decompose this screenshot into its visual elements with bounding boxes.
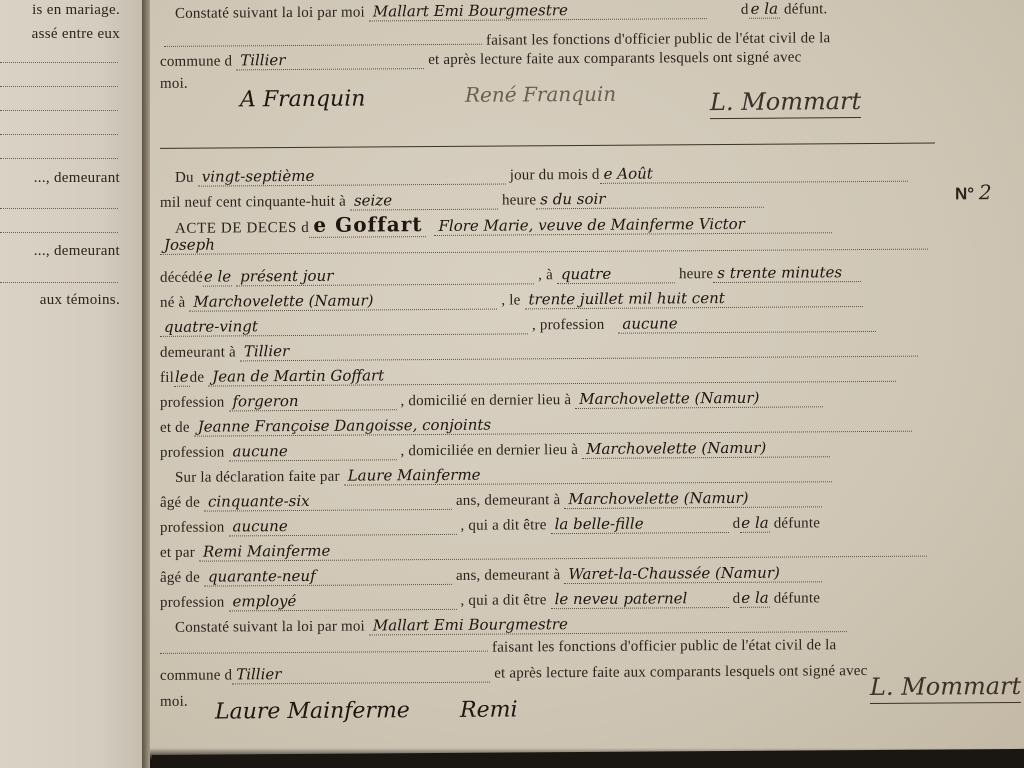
- res2-value: Waret-la-Chaussée (Namur): [564, 563, 822, 584]
- commune-value: Tillier: [232, 664, 490, 685]
- decede-suffix: e le: [203, 267, 232, 286]
- prof2-label: profession: [160, 594, 225, 611]
- mother-prof-label: profession: [160, 444, 225, 461]
- top-constate-row: Constaté suivant la loi par moi Mallart …: [175, 0, 828, 23]
- commune-label: commune d: [160, 53, 232, 71]
- record-number: N° 2: [955, 180, 992, 204]
- prof1-value: aucune: [229, 516, 457, 537]
- decede-value: présent jour: [236, 265, 534, 286]
- prof1-label: profession: [160, 519, 225, 536]
- moi-label: moi.: [160, 76, 188, 93]
- apres-label: et après lecture faite aux comparants le…: [494, 663, 867, 683]
- month-value: e Août: [600, 163, 908, 184]
- declarant2-value: Remi Mainferme: [199, 538, 927, 562]
- ne-value: Marchovelette (Namur): [189, 291, 497, 312]
- right-page: Constaté suivant la loi par moi Mallart …: [150, 0, 1024, 755]
- dotted-line: [0, 134, 118, 135]
- defunt-prefix: d: [741, 2, 749, 19]
- qui2-label: , qui a dit être: [461, 592, 547, 610]
- constate-label: Constaté suivant la loi par moi: [175, 4, 365, 22]
- signature: A Franquin: [240, 86, 365, 112]
- age1-label: âgé de: [160, 495, 200, 512]
- hour-value: seize: [350, 191, 498, 211]
- left-page-line: aux témoins.: [0, 292, 120, 309]
- father-value: Jean de Martin Goffart: [208, 363, 896, 387]
- rel1-value: la belle-fille: [551, 514, 729, 534]
- signature: Remi: [460, 697, 517, 722]
- qui1-label: , qui a dit être: [461, 517, 547, 535]
- mother-prof-value: aucune: [229, 441, 397, 461]
- fils-suffix: le: [174, 368, 190, 387]
- etde-label: et de: [160, 420, 190, 437]
- mother-prof-row: profession aucune , domiciliée en dernie…: [160, 438, 834, 462]
- dotted-line: [0, 208, 118, 209]
- a-value: quatre: [557, 264, 675, 284]
- dotted-line: [0, 158, 118, 159]
- signature: René Franquin: [465, 82, 616, 107]
- prof1-row: profession aucune , qui a dit être la be…: [160, 513, 820, 537]
- prof2-row: profession employé , qui a dit être le n…: [160, 588, 820, 612]
- moi-label: moi.: [160, 694, 188, 711]
- profession-label: , profession: [532, 317, 604, 335]
- apres-label: et après lecture faite aux comparants le…: [428, 49, 801, 69]
- constate-label: Constaté suivant la loi par moi: [175, 618, 365, 636]
- defunt1-label: défunte: [774, 515, 820, 532]
- fils-label: fil: [160, 370, 174, 387]
- rel2-value: le neveu paternel: [551, 589, 729, 609]
- deceased-line2-row: Joseph: [160, 231, 932, 255]
- heures-label: heure: [679, 266, 713, 283]
- mother-dom-value: Marchovelette (Namur): [582, 438, 830, 459]
- signature: L. Mommart: [710, 87, 861, 119]
- defunt2-label: défunte: [774, 590, 820, 607]
- father-prof-label: profession: [160, 394, 225, 411]
- profession-value: aucune: [618, 313, 876, 334]
- res1-value: Marchovelette (Namur): [564, 488, 822, 509]
- dotted-line: [0, 282, 118, 283]
- ne-row: né à Marchovelette (Namur) , le trente j…: [160, 288, 867, 312]
- le-value: trente juillet mil huit cent: [525, 288, 863, 309]
- commune-label: commune d: [160, 667, 232, 685]
- rel2-de: d: [733, 591, 741, 608]
- mother-row: et de Jeanne Françoise Dangoisse, conjoi…: [160, 413, 916, 437]
- fils-de-label: de: [190, 370, 205, 387]
- left-page-line: ..., demeurant: [0, 243, 120, 260]
- blank-line: [164, 44, 482, 47]
- etpar-label: et par: [160, 545, 195, 562]
- signature: L. Mommart: [870, 672, 1021, 704]
- top-commune-row: commune d Tillier et après lecture faite…: [160, 47, 802, 70]
- commune-row: commune d Tillier et après lecture faite…: [160, 661, 868, 685]
- demeurant-label: demeurant à: [160, 344, 236, 362]
- heures-value: s trente minutes: [713, 263, 861, 283]
- commune-value: Tillier: [236, 50, 424, 70]
- a-label: , à: [538, 267, 553, 284]
- left-page: is en mariage. assé entre eux ..., demeu…: [0, 0, 144, 768]
- ans2-label: ans, demeurant à: [456, 567, 560, 585]
- age2-label: âgé de: [160, 570, 200, 587]
- dotted-line: [0, 110, 118, 111]
- moi-row: moi.: [160, 694, 188, 711]
- rel1-de: d: [733, 516, 741, 533]
- ne-label: né à: [160, 295, 185, 312]
- demeurant-row: demeurant à Tillier: [160, 338, 922, 362]
- declaration-row: Sur la déclaration faite par Laure Mainf…: [175, 463, 836, 487]
- birth-cont-value: quatre-vingt: [160, 315, 528, 337]
- signature: Laure Mainferme: [215, 698, 410, 724]
- father-prof-row: profession forgeron , domicilié en derni…: [160, 388, 827, 412]
- left-page-line: is en mariage.: [0, 2, 120, 19]
- heure-value: s du soir: [536, 189, 764, 210]
- rel1-de-fill: e la: [740, 514, 769, 533]
- year-label: mil neuf cent cinquante-huit à: [160, 194, 346, 212]
- faisant-row: faisant les fonctions d'officier public …: [160, 637, 836, 659]
- date-row: Du vingt-septième jour du mois d e Août: [175, 163, 912, 187]
- dotted-line: [0, 62, 118, 63]
- fils-row: fil le de Jean de Martin Goffart: [160, 363, 900, 387]
- heure-label: heure: [502, 192, 536, 209]
- age2-row: âgé de quarante-neuf ans, demeurant à Wa…: [160, 563, 826, 587]
- etpar-row: et par Remi Mainferme: [160, 538, 931, 562]
- defunt-label: défunt.: [784, 1, 827, 18]
- constate-value: Mallart Emi Bourgmestre: [369, 613, 847, 635]
- father-dom-value: Marchovelette (Namur): [575, 388, 823, 409]
- father-prof-value: forgeron: [229, 391, 397, 411]
- left-page-line: assé entre eux: [0, 26, 120, 43]
- year-row: mil neuf cent cinquante-huit à seize heu…: [160, 189, 768, 212]
- constate-value: Mallart Emi Bourgmestre: [369, 0, 707, 21]
- top-moi-row: moi.: [160, 76, 188, 93]
- deceased-line2: Joseph: [160, 231, 928, 255]
- father-dom-label: , domicilié en dernier lieu à: [401, 392, 572, 410]
- faisant-label: faisant les fonctions d'officier public …: [492, 637, 836, 656]
- mother-dom-label: , domiciliée en dernier lieu à: [401, 442, 579, 460]
- age1-value: cinquante-six: [204, 491, 452, 512]
- ans1-label: ans, demeurant à: [456, 492, 560, 510]
- declarant1-value: Laure Mainferme: [344, 463, 832, 485]
- age1-row: âgé de cinquante-six ans, demeurant à Ma…: [160, 488, 826, 512]
- du-label: Du: [175, 170, 194, 187]
- dotted-line: [0, 86, 118, 87]
- dotted-line: [0, 232, 118, 233]
- age2-value: quarante-neuf: [204, 566, 452, 587]
- jour-label: jour du mois d: [510, 167, 600, 185]
- decede-label: décédé: [160, 270, 203, 287]
- constate-row: Constaté suivant la loi par moi Mallart …: [175, 613, 851, 637]
- le-label: , le: [501, 292, 520, 309]
- mother-value: Jeanne Françoise Dangoisse, conjoints: [194, 413, 912, 437]
- section-divider: [160, 143, 935, 149]
- decede-row: décédé e le présent jour , à quatre heur…: [160, 263, 865, 287]
- demeurant-value: Tillier: [240, 338, 918, 362]
- declaration-label: Sur la déclaration faite par: [175, 469, 340, 487]
- birth-cont-row: quatre-vingt , profession aucune: [160, 313, 880, 337]
- blank-line: [160, 651, 488, 654]
- day-value: vingt-septième: [198, 166, 506, 187]
- rel2-de-fill: e la: [740, 589, 769, 608]
- left-page-line: ..., demeurant: [0, 170, 120, 187]
- page-shadow: [150, 748, 1024, 768]
- defunt-fill: e la: [749, 0, 780, 19]
- prof2-value: employé: [229, 591, 457, 612]
